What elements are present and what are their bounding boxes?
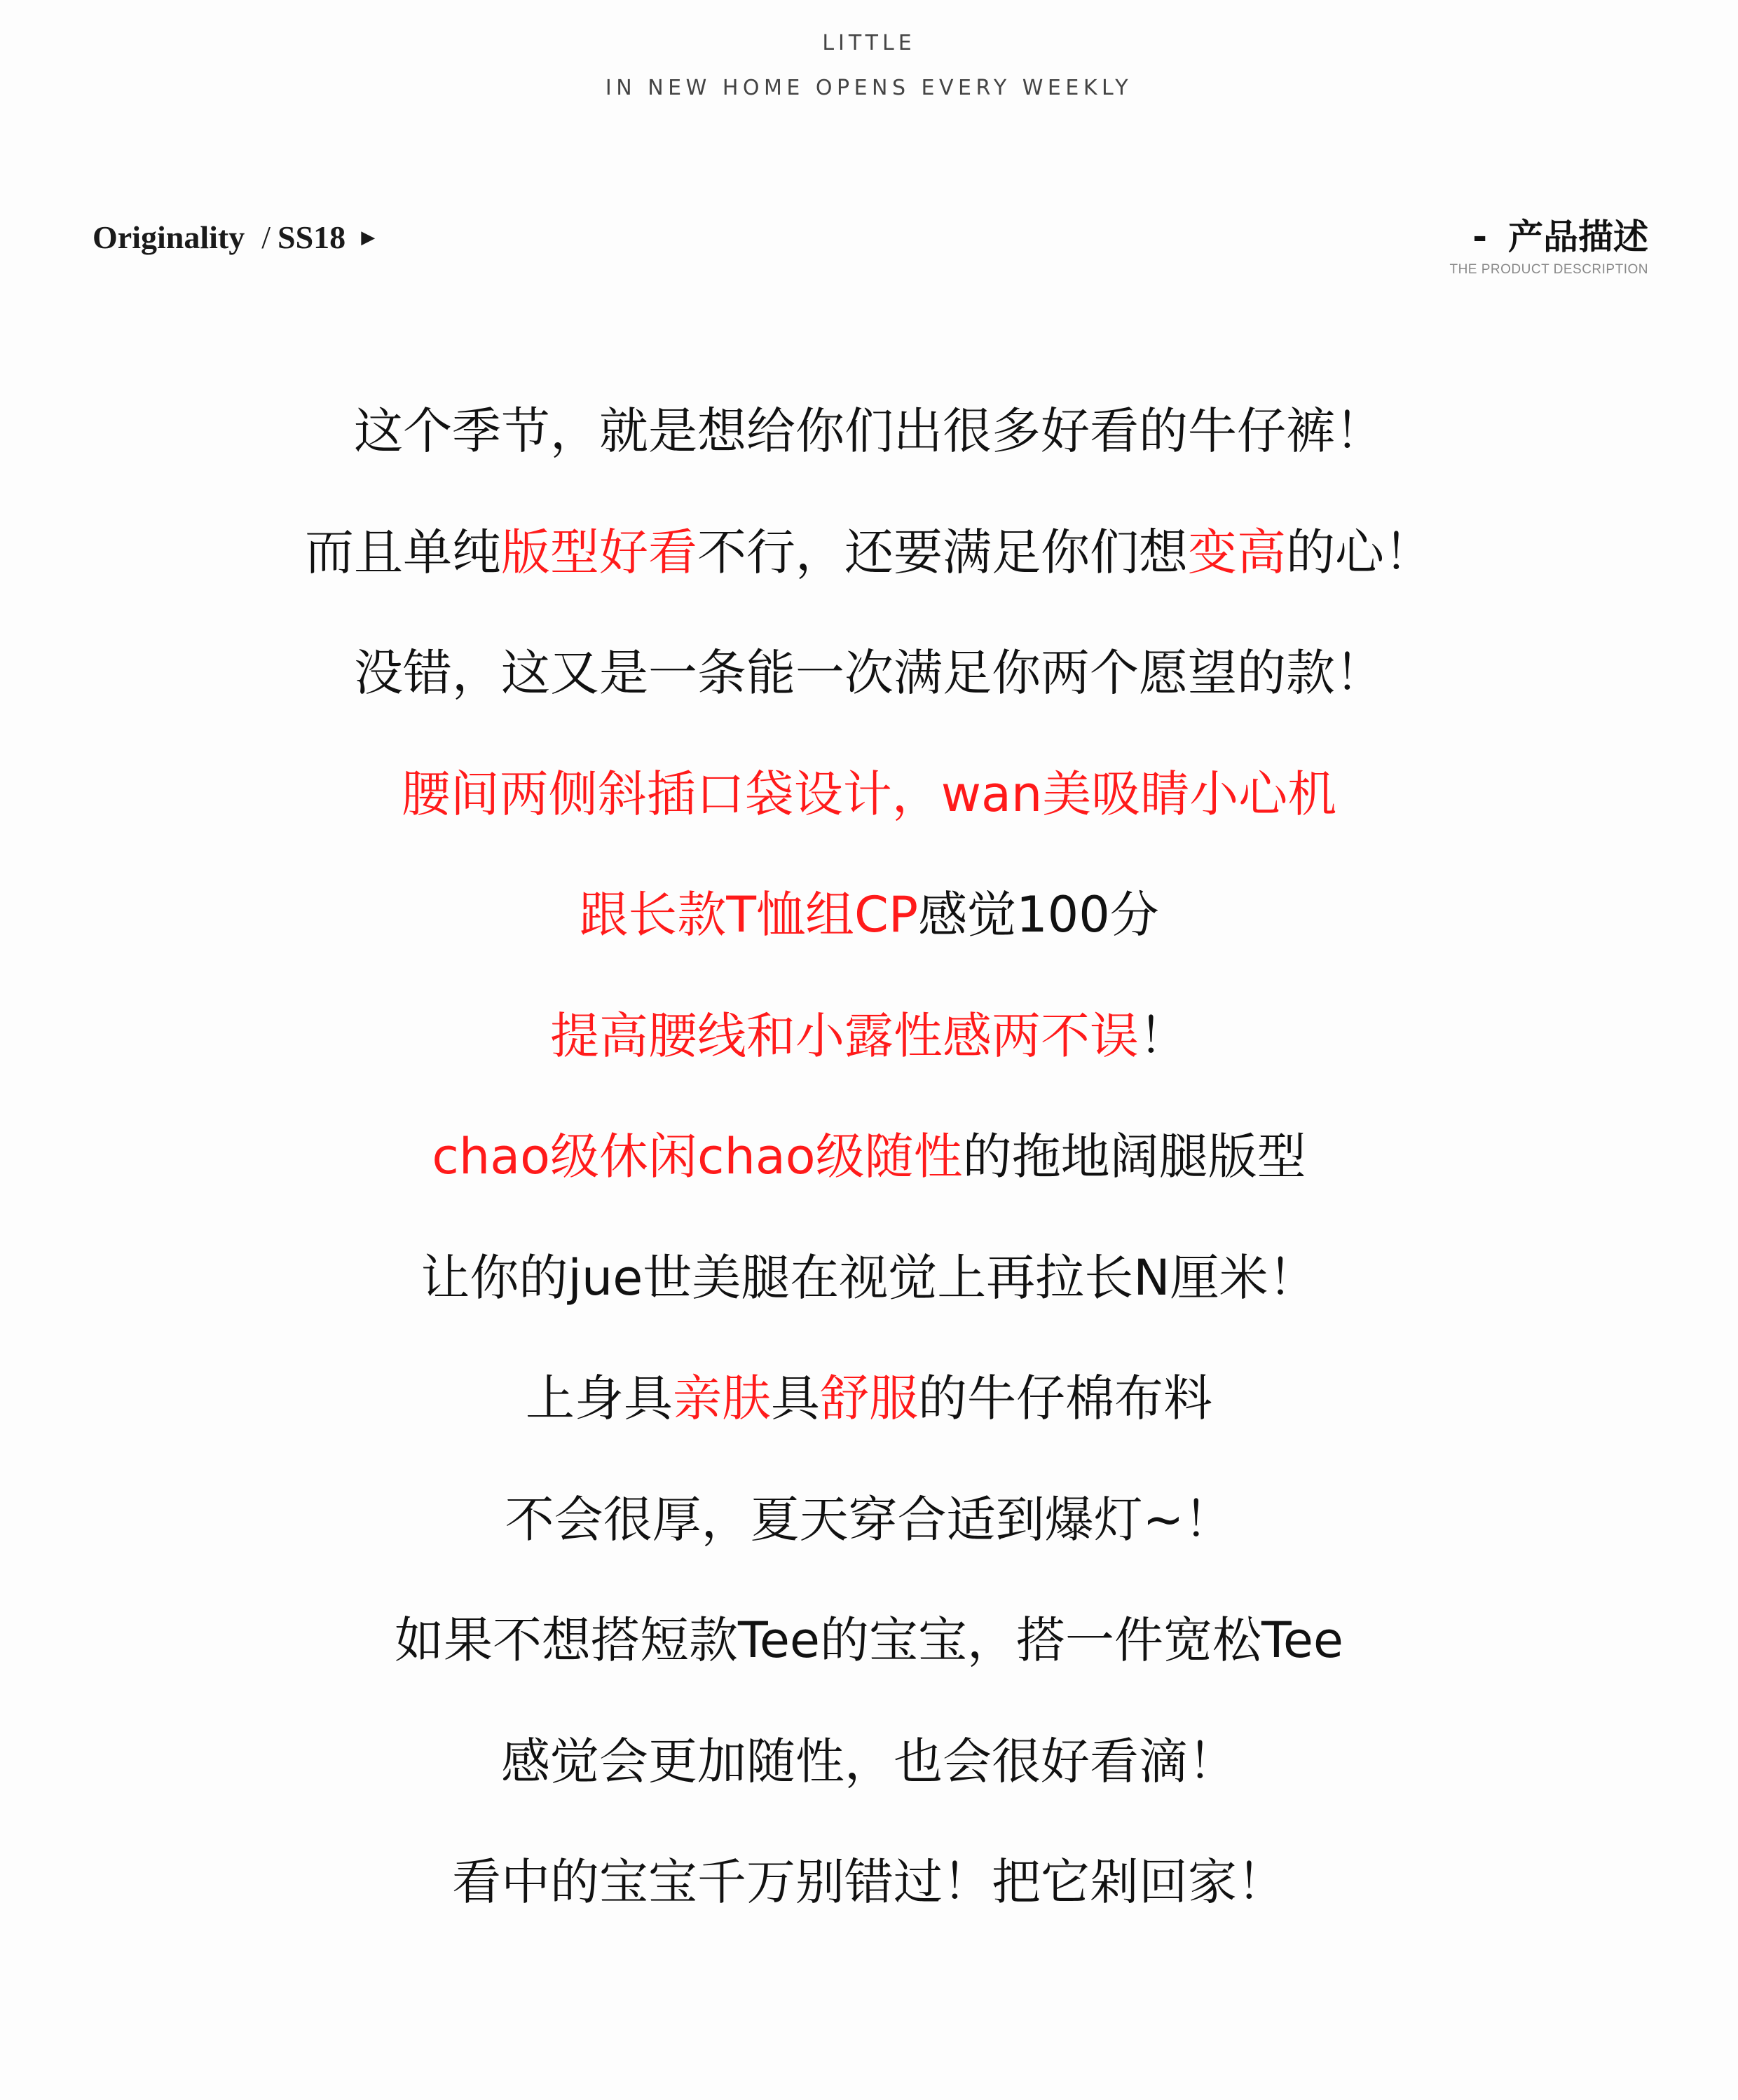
highlight-segment: 舒服: [820, 1370, 918, 1427]
line-segment: 具: [771, 1370, 820, 1427]
line-segment: 的拖地阔腿版型: [963, 1128, 1306, 1185]
line-segment: 如果不想搭短款Tee的宝宝，搭一件宽松Tee: [395, 1611, 1343, 1669]
product-description: 这个季节，就是想给你们出很多好看的牛仔裤！ 而且单纯版型好看不行，还要满足你们想…: [0, 393, 1738, 1965]
brand-title: LITTLE: [0, 31, 1738, 55]
title-dash: -: [1472, 217, 1487, 257]
separator-slash: /: [261, 219, 271, 256]
highlight-segment: 跟长款T恤组CP: [579, 886, 918, 943]
highlight-segment: 版型好看: [501, 524, 697, 581]
line-segment: 让你的jue世美腿在视觉上再拉长N厘米！: [420, 1249, 1317, 1307]
line-segment: 感觉会更加随性，也会很好看滴！: [501, 1733, 1237, 1790]
line-segment: 上身具: [526, 1370, 673, 1427]
section-heading: -产品描述 THE PRODUCT DESCRIPTION: [1449, 209, 1648, 278]
description-line: 这个季节，就是想给你们出很多好看的牛仔裤！: [0, 393, 1738, 514]
description-line: 感觉会更加随性，也会很好看滴！: [0, 1723, 1738, 1844]
highlight-segment: 亲肤: [673, 1370, 771, 1427]
section-title: -产品描述: [1449, 209, 1648, 259]
section-title-text: 产品描述: [1508, 217, 1648, 257]
description-line: 腰间两侧斜插口袋设计，wan美吸睛小心机: [0, 756, 1738, 877]
brand-tagline: IN NEW HOME OPENS EVERY WEEKLY: [0, 76, 1738, 100]
line-segment: 没错，这又是一条能一次满足你两个愿望的款！: [354, 644, 1384, 702]
line-segment: 的牛仔棉布料: [918, 1370, 1212, 1427]
line-segment: 不会很厚，夏天穿合适到爆灯~！: [505, 1491, 1233, 1548]
line-segment: 感觉100分: [918, 886, 1159, 943]
season-label: SS18: [278, 219, 345, 256]
description-line: 而且单纯版型好看不行，还要满足你们想变高的心！: [0, 514, 1738, 635]
play-arrow-icon: ▶: [361, 227, 375, 248]
description-line: 让你的jue世美腿在视觉上再拉长N厘米！: [0, 1239, 1738, 1361]
description-line: 没错，这又是一条能一次满足你两个愿望的款！: [0, 634, 1738, 756]
line-segment: 而且单纯: [305, 524, 501, 581]
originality-label: Originality: [93, 219, 245, 256]
description-line: chao级休闲chao级随性的拖地阔腿版型: [0, 1118, 1738, 1239]
collection-label: Originality / SS18 ▶: [93, 219, 375, 256]
description-line: 看中的宝宝千万别错过！把它剁回家！: [0, 1843, 1738, 1965]
description-line: 如果不想搭短款Tee的宝宝，搭一件宽松Tee: [0, 1602, 1738, 1723]
line-segment: 不行，还要满足你们想: [697, 524, 1188, 581]
highlight-segment: 腰间两侧斜插口袋设计，wan美吸睛小心机: [402, 765, 1337, 823]
description-line: 不会很厚，夏天穿合适到爆灯~！: [0, 1481, 1738, 1602]
highlight-segment: chao级休闲chao级随性: [432, 1128, 962, 1185]
line-segment: 这个季节，就是想给你们出很多好看的牛仔裤！: [354, 402, 1384, 460]
description-line: 跟长款T恤组CP感觉100分: [0, 876, 1738, 997]
line-segment: ！: [1139, 1007, 1188, 1065]
highlight-segment: 变高: [1188, 524, 1286, 581]
highlight-segment: 提高腰线和小露性感两不误: [550, 1007, 1139, 1065]
description-line: 提高腰线和小露性感两不误！: [0, 997, 1738, 1119]
line-segment: 看中的宝宝千万别错过！把它剁回家！: [452, 1853, 1286, 1911]
description-line: 上身具亲肤具舒服的牛仔棉布料: [0, 1360, 1738, 1481]
line-segment: 的心！: [1286, 524, 1433, 581]
section-subtitle: THE PRODUCT DESCRIPTION: [1449, 262, 1648, 278]
